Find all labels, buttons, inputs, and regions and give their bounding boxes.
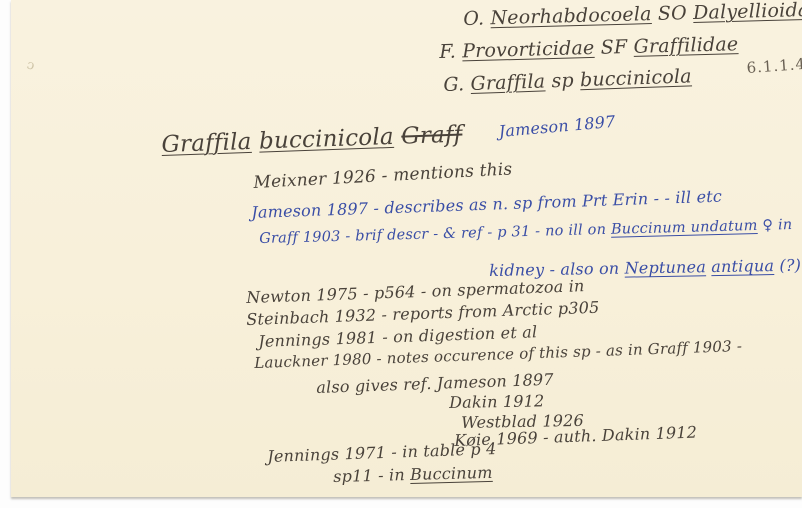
handwritten-text: 6.1.1.4.1: [746, 54, 802, 77]
handwritten-line-class-family: F. Provorticidae SF Graffilidae: [439, 33, 739, 63]
index-card: ɔ O. Neorhabdocoela SO DalyellioidaF. Pr…: [11, 0, 802, 497]
handwritten-text: Neptunea: [624, 257, 706, 277]
handwritten-text: antiqua: [711, 256, 774, 276]
handwritten-line-class-genus: G. Graffila sp buccinicola: [443, 65, 692, 96]
handwritten-text: F.: [439, 40, 462, 63]
handwritten-line-note-meixner: Meixner 1926 - mentions this: [253, 159, 513, 193]
handwritten-text: Graff: [401, 121, 463, 149]
handwritten-line-class-order: O. Neorhabdocoela SO Dalyellioida: [463, 0, 802, 30]
handwritten-text: Graffila: [470, 70, 545, 95]
handwritten-text: sp11 - in: [333, 465, 410, 486]
handwritten-text: Jameson 1897: [498, 112, 616, 141]
handwritten-text: Jameson 1897 - describes as n. sp from P…: [251, 187, 722, 222]
handwritten-text: buccinicola: [580, 65, 692, 91]
handwritten-line-catalog-code: 6.1.1.4.1: [746, 54, 802, 77]
handwritten-text: Meixner 1926 - mentions this: [253, 159, 513, 193]
handwritten-text: Dalyellioida: [693, 0, 802, 24]
handwritten-text: O.: [463, 7, 491, 30]
handwritten-line-note-kidney: kidney - also on Neptunea antiqua (?): [489, 256, 801, 280]
handwritten-text: Buccinum: [410, 463, 493, 484]
handwritten-text: Graff 1903 - brif descr - & ref - p 31 -…: [259, 222, 611, 247]
handwritten-text: SF: [594, 36, 634, 59]
handwritten-line-note-graff1903: Graff 1903 - brif descr - & ref - p 31 -…: [259, 217, 793, 247]
handwritten-text: ♀ in: [757, 217, 792, 234]
handwritten-line-note-dakin: Dakin 1912: [449, 391, 545, 412]
handwritten-text: Jennings 1971 - in table p 4: [267, 439, 497, 466]
handwritten-text: buccinicola: [259, 124, 395, 155]
scanned-page: ɔ O. Neorhabdocoela SO DalyellioidaF. Pr…: [0, 0, 802, 508]
handwritten-text: Neorhabdocoela: [490, 3, 652, 29]
handwritten-line-note-sp11: sp11 - in Buccinum: [333, 463, 493, 486]
handwritten-text: sp: [545, 69, 581, 92]
handwritten-text: (?): [774, 256, 801, 275]
handwritten-text: G.: [443, 73, 471, 96]
handwritten-text: Dakin 1912: [449, 391, 545, 412]
handwritten-text: SO: [651, 2, 693, 25]
handwritten-text: Provorticidae: [462, 37, 595, 62]
handwritten-line-title: Graffila buccinicola Graff: [161, 121, 463, 157]
handwritten-text: Graffilidae: [633, 33, 738, 58]
handwritten-line-note-jameson: Jameson 1897 - describes as n. sp from P…: [251, 187, 722, 222]
handwritten-text: Graffila: [161, 129, 252, 158]
handwritten-line-title-authority: Jameson 1897: [498, 112, 616, 141]
handwritten-text: Buccinum undatum: [611, 218, 758, 238]
handwriting-layer: O. Neorhabdocoela SO DalyellioidaF. Prov…: [11, 0, 802, 497]
handwritten-line-note-jennings71: Jennings 1971 - in table p 4: [267, 439, 497, 466]
